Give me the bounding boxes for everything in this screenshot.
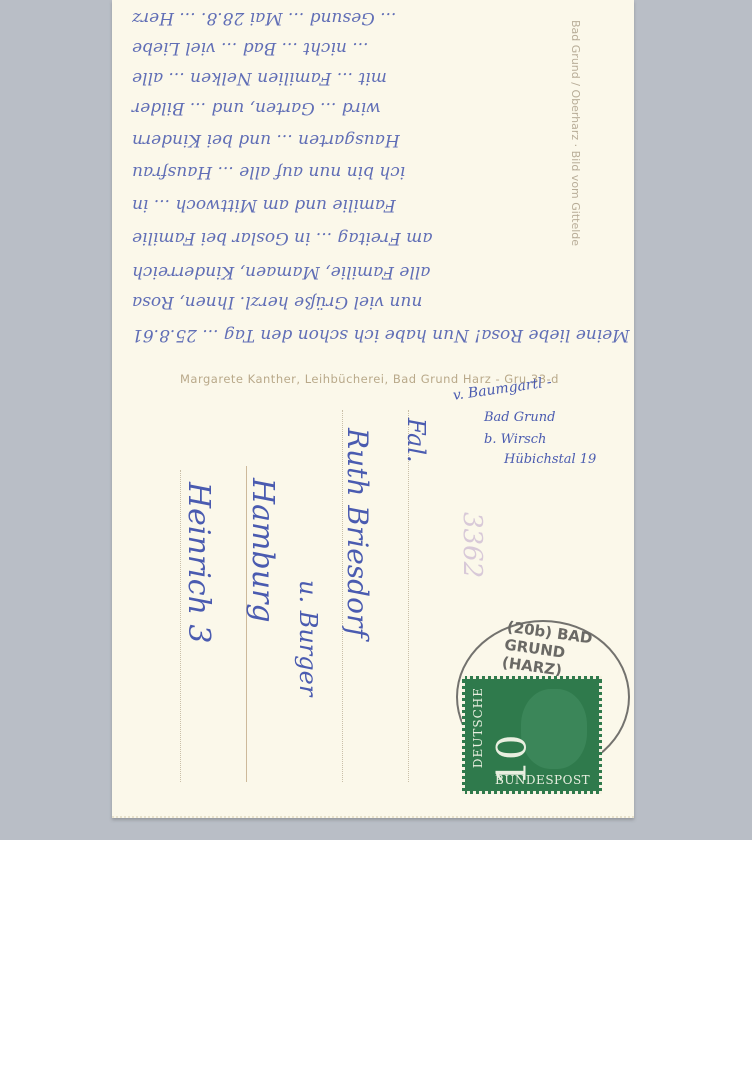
message-line: Familie und am Mittwoch ... in [132, 195, 396, 215]
recipient-line: Heinrich 3 [181, 482, 216, 644]
message-line: nun viel Grüße herzl. Ihnen, Rosa [132, 292, 422, 312]
stamp-issuer: BUNDESPOST [495, 773, 590, 787]
address-line [408, 410, 409, 782]
postcard-back: ... Gesund ... Mai 28.8. ... Herz ... ni… [112, 0, 634, 818]
publisher-imprint-vertical: Bad Grund / Oberharz · Bild vom Gittelde [569, 20, 582, 246]
recipient-line: u. Burger [294, 580, 322, 696]
message-line: Hausgarten ... und bei Kindern [132, 130, 400, 150]
recipient-line: Ruth Briesdorf [341, 428, 374, 638]
message-line: mit ... Familien Nelken ... alle [132, 68, 387, 88]
message-line: ich bin nun auf alle ... Hausfrau [132, 162, 405, 182]
message-line: wird ... Garten, und ... Bilder [132, 98, 381, 118]
postage-stamp: DEUTSCHE 10 BUNDESPOST [462, 676, 602, 794]
message-line: ... Gesund ... Mai 28.8. ... Herz [132, 8, 396, 28]
message-line: am Freitag ... in Goslar bei Familie [132, 228, 432, 248]
sender-line: Bad Grund [484, 410, 555, 425]
sender-line: b. Wirsch [484, 432, 546, 447]
message-line: ... nicht ... Bad ... viel Liebe [132, 38, 369, 58]
recipient-prefix: Fal. [402, 418, 430, 463]
message-line: Meine liebe Rosa! Nun habe ich schon den… [132, 325, 630, 345]
sender-line: Hübichstal 19 [504, 452, 596, 467]
message-line: alle Familie, Mamaen, Kinderreich [132, 262, 430, 282]
pencil-note: 3362 [457, 512, 487, 578]
stamp-country: DEUTSCHE [471, 687, 485, 768]
recipient-line: Hamburg [245, 478, 280, 623]
